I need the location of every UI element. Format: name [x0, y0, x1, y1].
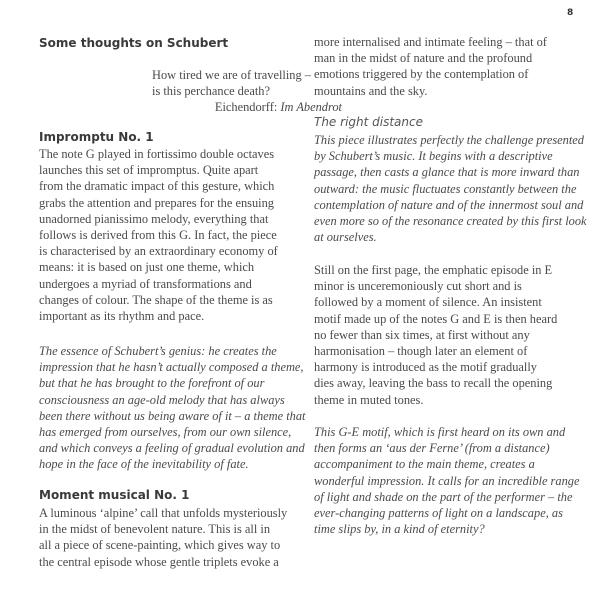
text-line: outward: the music fluctuates constantly…	[314, 181, 587, 197]
text-line: minor is unceremoniously cut short and i…	[314, 278, 557, 294]
text-line: and which conveys a feeling of gradual e…	[39, 440, 305, 456]
text-line: all a piece of scene-painting, which giv…	[39, 537, 287, 553]
text-line: the central episode whose gentle triplet…	[39, 554, 287, 570]
first-page-paragraph: Still on the first page, the emphatic ep…	[314, 262, 557, 408]
text-line: at ourselves.	[314, 229, 587, 245]
text-line: undergoes a myriad of transformations an…	[39, 276, 278, 292]
text-line: even more so of the resonance created by…	[314, 213, 587, 229]
text-line: harmony is introduced as the motif gradu…	[314, 359, 557, 375]
text-line: of light and shade on the part of the pe…	[314, 489, 579, 505]
text-line: This piece illustrates perfectly the cha…	[314, 132, 587, 148]
text-line: hope in the face of the inevitability of…	[39, 456, 305, 472]
epigraph-author: Eichendorff:	[215, 100, 281, 114]
article-title: Some thoughts on Schubert	[39, 36, 228, 50]
essence-paragraph: The essence of Schubert’s genius: he cre…	[39, 343, 305, 473]
text-line: been there without us being aware of it …	[39, 408, 305, 424]
text-line: accompaniment to the main theme, creates…	[314, 456, 579, 472]
text-line: is characterised by an extraordinary eco…	[39, 243, 278, 259]
text-line: important as its rhythm and pace.	[39, 308, 278, 324]
text-line: mountains and the sky.	[314, 83, 547, 99]
text-line: has emerged from ourselves, from our own…	[39, 424, 305, 440]
text-line: Still on the first page, the emphatic ep…	[314, 262, 557, 278]
text-line: dies away, leaving the bass to recall th…	[314, 375, 557, 391]
text-line: The essence of Schubert’s genius: he cre…	[39, 343, 305, 359]
right-distance-subheading: The right distance	[314, 115, 423, 129]
epigraph-attribution: Eichendorff: Im Abendrot	[152, 99, 342, 115]
text-line: in the midst of benevolent nature. This …	[39, 521, 287, 537]
text-line: followed by a moment of silence. An insi…	[314, 294, 557, 310]
text-line: changes of colour. The shape of the them…	[39, 292, 278, 308]
impromptu-heading: Impromptu No. 1	[39, 130, 154, 144]
text-line: wonderful impression. It calls for an in…	[314, 473, 579, 489]
text-line: emotions triggered by the contemplation …	[314, 66, 547, 82]
text-line: then forms an ‘aus der Ferne’ (from a di…	[314, 440, 579, 456]
epigraph-work: Im Abendrot	[280, 100, 342, 114]
moment-musical-paragraph: A luminous ‘alpine’ call that unfolds my…	[39, 505, 287, 570]
moment-musical-heading: Moment musical No. 1	[39, 488, 189, 502]
text-line: no fewer than six times, at first withou…	[314, 327, 557, 343]
text-line: unadorned pianissimo melody, everything …	[39, 211, 278, 227]
text-line: passage, then casts a glance that is mor…	[314, 164, 587, 180]
text-line: follows is derived from this G. In fact,…	[39, 227, 278, 243]
text-line: by Schubert’s music. It begins with a de…	[314, 148, 587, 164]
text-line: more internalised and intimate feeling –…	[314, 34, 547, 50]
impromptu-paragraph: The note G played in fortissimo double o…	[39, 146, 278, 324]
text-line: grabs the attention and prepares for the…	[39, 195, 278, 211]
text-line: motif made up of the notes G and E is th…	[314, 311, 557, 327]
text-line: impression that he hasn’t actually compo…	[39, 359, 305, 375]
continued-paragraph: more internalised and intimate feeling –…	[314, 34, 547, 99]
text-line: theme in muted tones.	[314, 392, 557, 408]
text-line: The note G played in fortissimo double o…	[39, 146, 278, 162]
text-line: consciousness an age-old melody that has…	[39, 392, 305, 408]
text-line: man in the midst of nature and the profo…	[314, 50, 547, 66]
text-line: harmonisation – though later an element …	[314, 343, 557, 359]
text-line: A luminous ‘alpine’ call that unfolds my…	[39, 505, 287, 521]
text-line: launches this set of impromptus. Quite a…	[39, 162, 278, 178]
text-line: time slips by, in a kind of eternity?	[314, 521, 579, 537]
text-line: contemplation of nature and of the inner…	[314, 197, 587, 213]
text-line: This G-E motif, which is first heard on …	[314, 424, 579, 440]
text-line: ever-changing patterns of light on a lan…	[314, 505, 579, 521]
text-line: but that he has brought to the forefront…	[39, 375, 305, 391]
text-line: from the dramatic impact of this gesture…	[39, 178, 278, 194]
right-distance-paragraph: This piece illustrates perfectly the cha…	[314, 132, 587, 245]
page-number: 8	[567, 8, 573, 18]
motif-paragraph: This G-E motif, which is first heard on …	[314, 424, 579, 537]
text-line: means: it is based on just one theme, wh…	[39, 259, 278, 275]
